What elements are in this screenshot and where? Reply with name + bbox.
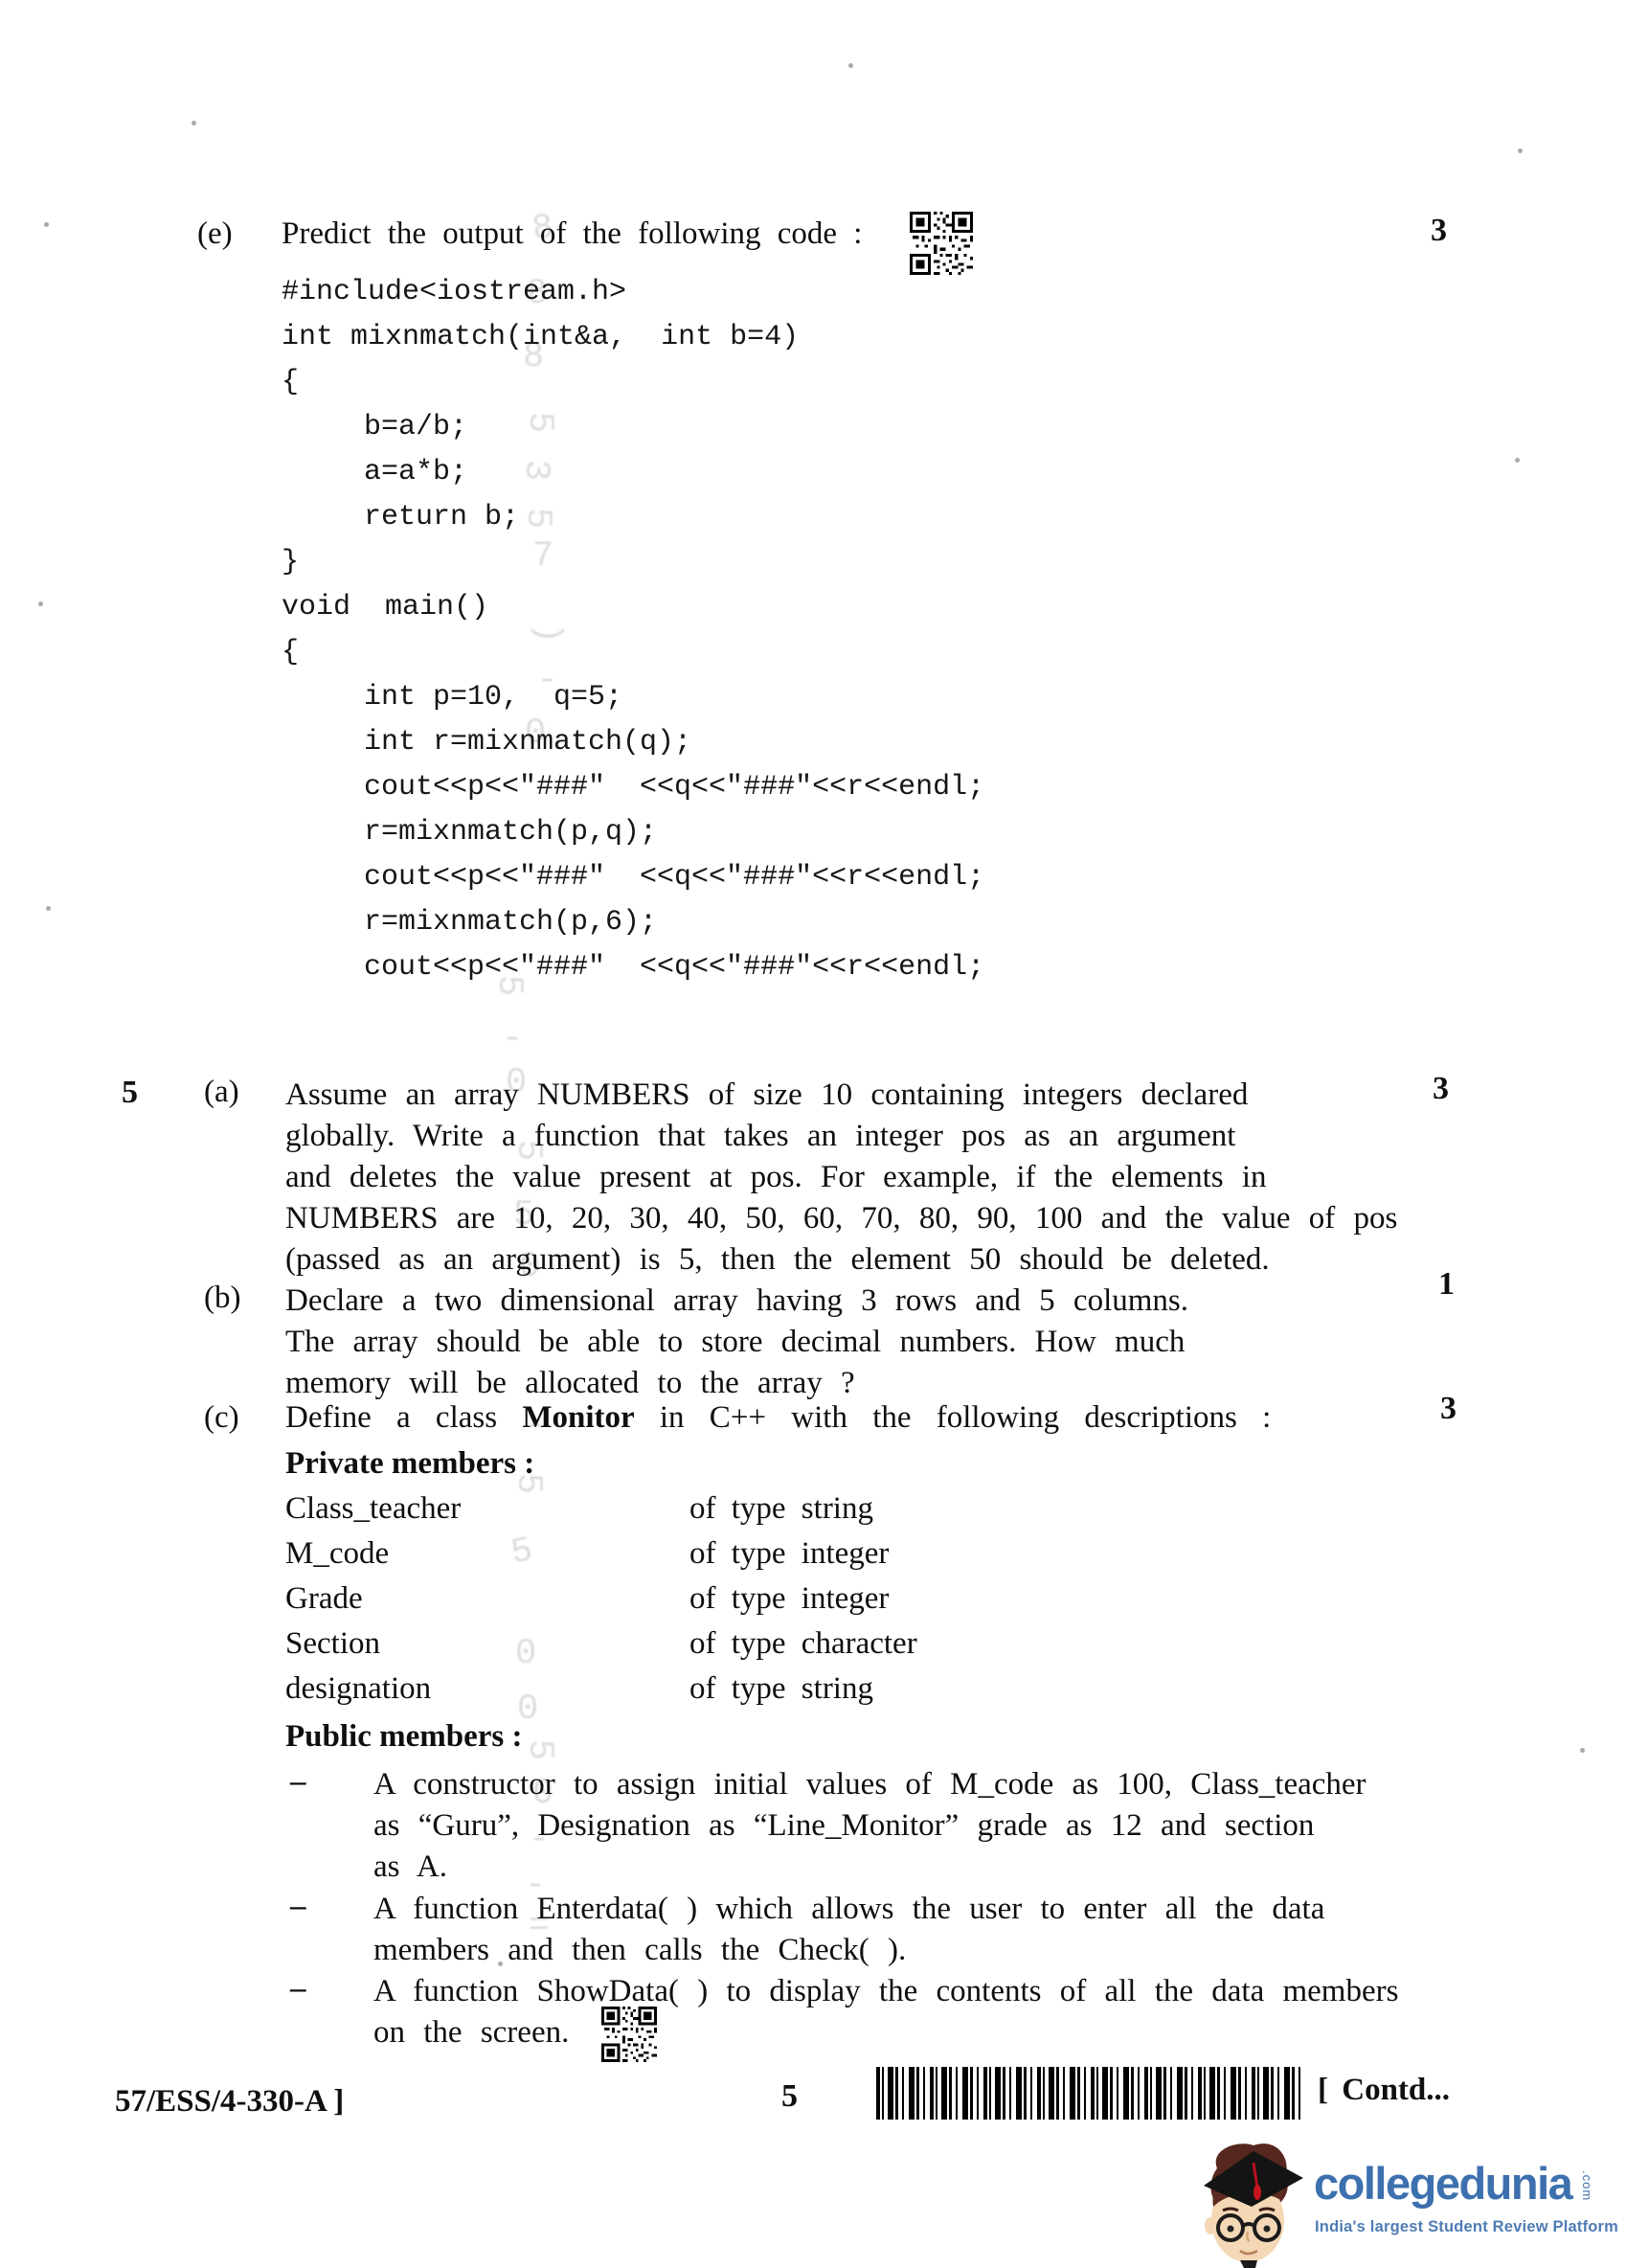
code-line: } <box>282 540 984 585</box>
member-row: designation of type string <box>285 1671 1147 1716</box>
text-line: as “Guru”, Designation as “Line_Monitor”… <box>373 1805 1366 1847</box>
member-type: of type integer <box>689 1536 889 1572</box>
member-name: Grade <box>285 1581 363 1617</box>
code-line: return b; <box>282 495 984 540</box>
code-line: int r=mixnmatch(q); <box>282 720 984 765</box>
member-row: M_code of type integer <box>285 1536 1147 1581</box>
code-line: int p=10, q=5; <box>282 675 984 720</box>
text-line: globally. Write a function that takes an… <box>285 1116 1397 1157</box>
code-line: b=a/b; <box>282 405 984 450</box>
text-segment: in C++ with the following descriptions : <box>635 1400 1272 1435</box>
bullet-dash: – <box>290 1889 306 1924</box>
member-name: Class_teacher <box>285 1491 461 1527</box>
public-members-heading: Public members : <box>285 1719 522 1755</box>
scan-speck <box>1518 148 1523 153</box>
bullet-3-text: A function ShowData( ) to display the co… <box>373 1971 1398 2053</box>
collegedunia-mascot-icon <box>1190 2136 1305 2268</box>
qr-code-icon <box>601 2006 657 2063</box>
member-row: Section of type character <box>285 1626 1147 1671</box>
text-line: (passed as an argument) is 5, then the e… <box>285 1239 1397 1281</box>
code-line: { <box>282 360 984 405</box>
qr-code-icon <box>910 211 973 276</box>
scan-speck <box>1515 458 1520 463</box>
question-e-label: (e) <box>197 216 233 252</box>
code-line: a=a*b; <box>282 450 984 495</box>
part-c-marks: 3 <box>1440 1391 1457 1427</box>
private-members-heading: Private members : <box>285 1446 534 1482</box>
bullet-1-text: A constructor to assign initial values o… <box>373 1764 1366 1888</box>
scan-speck <box>38 601 43 606</box>
member-name: designation <box>285 1671 431 1707</box>
text-line: A function ShowData( ) to display the co… <box>373 1971 1398 2012</box>
text-segment: Define a class <box>285 1400 522 1435</box>
member-name: M_code <box>285 1536 389 1572</box>
member-row: Class_teacher of type string <box>285 1491 1147 1536</box>
collegedunia-wordmark: collegedunia <box>1314 2157 1571 2210</box>
scan-speck <box>192 121 196 125</box>
code-line: #include<iostream.h> <box>282 270 984 315</box>
text-line: NUMBERS are 10, 20, 30, 40, 50, 60, 70, … <box>285 1198 1397 1239</box>
class-name-monitor: Monitor <box>522 1400 634 1435</box>
bullet-2-text: A function Enterdata( ) which allows the… <box>373 1889 1324 1971</box>
private-members-table: Class_teacher of type string M_code of t… <box>285 1491 1147 1716</box>
part-b-text: Declare a two dimensional array having 3… <box>285 1281 1188 1404</box>
code-line: int mixnmatch(int&a, int b=4) <box>282 315 984 360</box>
collegedunia-domain: .com <box>1580 2170 1594 2201</box>
code-line: r=mixnmatch(p,q); <box>282 810 984 855</box>
part-a-text: Assume an array NUMBERS of size 10 conta… <box>285 1075 1397 1281</box>
member-type: of type character <box>689 1626 917 1662</box>
text-line: Declare a two dimensional array having 3… <box>285 1281 1188 1322</box>
code-block: #include<iostream.h> int mixnmatch(int&a… <box>282 270 984 990</box>
member-name: Section <box>285 1626 380 1662</box>
code-line: cout<<p<<"###" <<q<<"###"<<r<<endl; <box>282 855 984 900</box>
text-line: The array should be able to store decima… <box>285 1322 1188 1363</box>
contd-label: [ Contd... <box>1318 2073 1450 2108</box>
question-5-number: 5 <box>122 1075 138 1111</box>
barcode <box>876 2067 1302 2120</box>
bleedthrough-glyph: - <box>502 1019 523 1059</box>
code-line: cout<<p<<"###" <<q<<"###"<<r<<endl; <box>282 765 984 810</box>
text-line: on the screen. <box>373 2012 1398 2053</box>
text-line: Assume an array NUMBERS of size 10 conta… <box>285 1075 1397 1116</box>
part-c-label: (c) <box>204 1400 239 1436</box>
part-b-label: (b) <box>204 1281 240 1316</box>
part-b-marks: 1 <box>1438 1266 1455 1303</box>
part-c-text: Define a class Monitor in C++ with the f… <box>285 1400 1271 1436</box>
text-line: A function Enterdata( ) which allows the… <box>373 1889 1324 1930</box>
member-type: of type integer <box>689 1581 889 1617</box>
code-line: cout<<p<<"###" <<q<<"###"<<r<<endl; <box>282 945 984 990</box>
scan-speck <box>848 63 853 68</box>
code-line: { <box>282 630 984 675</box>
text-line: members and then calls the Check( ). <box>373 1930 1324 1971</box>
question-e-marks: 3 <box>1431 213 1447 249</box>
scan-speck <box>1580 1748 1585 1753</box>
paper-code: 57/ESS/4-330-A ] <box>115 2084 344 2120</box>
question-e-text: Predict the output of the following code… <box>282 216 862 252</box>
text-line: memory will be allocated to the array ? <box>285 1363 1188 1404</box>
bleedthrough-glyph: 5 <box>519 1739 559 1760</box>
member-type: of type string <box>689 1671 873 1707</box>
member-row: Grade of type integer <box>285 1581 1147 1626</box>
part-a-marks: 3 <box>1433 1071 1449 1107</box>
exam-page: 8885357)-05-0550-550050--= (e) Predict t… <box>0 0 1626 2268</box>
part-a-label: (a) <box>204 1075 239 1110</box>
scan-speck <box>44 222 49 227</box>
page-number: 5 <box>781 2078 798 2115</box>
bullet-dash: – <box>290 1764 306 1800</box>
collegedunia-tagline: India's largest Student Review Platform <box>1315 2218 1618 2236</box>
scan-speck <box>46 906 51 911</box>
member-type: of type string <box>689 1491 873 1527</box>
bullet-dash: – <box>290 1971 306 2007</box>
code-line: void main() <box>282 585 984 630</box>
text-line: and deletes the value present at pos. Fo… <box>285 1157 1397 1198</box>
text-line: as A. <box>373 1847 1366 1888</box>
text-line: A constructor to assign initial values o… <box>373 1764 1366 1805</box>
code-line: r=mixnmatch(p,6); <box>282 900 984 945</box>
